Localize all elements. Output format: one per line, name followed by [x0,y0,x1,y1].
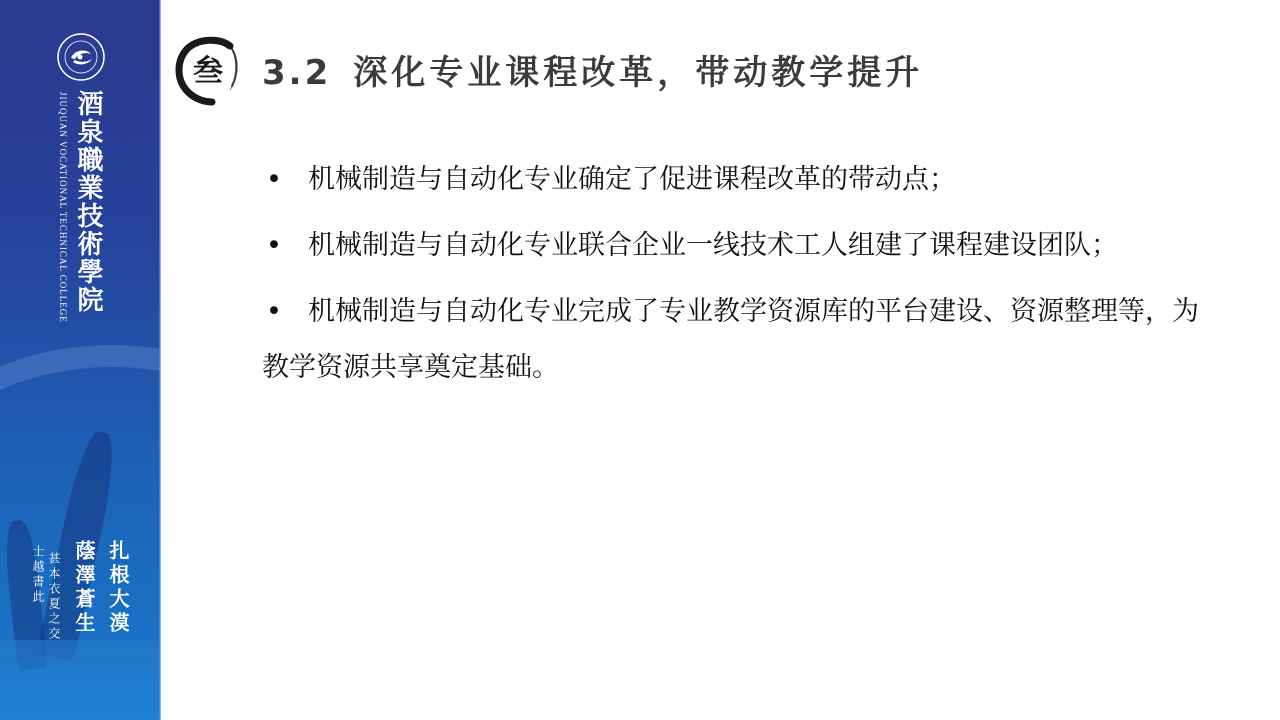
sidebar-divider [159,0,161,720]
list-item: •机械制造与自动化专业确定了促进课程改革的带动点； [262,152,1222,208]
list-item-text: 机械制造与自动化专业完成了专业教学资源库的平台建设、资源整理等，为教学资源共享奠… [262,296,1199,383]
bullet-icon: • [262,218,308,274]
college-logo-icon [56,32,106,82]
bullet-list: •机械制造与自动化专业确定了促进课程改革的带动点； •机械制造与自动化专业联合企… [262,152,1222,406]
calligraphy-line-2: 蔭澤蒼生 [70,540,99,636]
bullet-icon: • [262,152,308,208]
section-badge-icon: 叁 [172,34,244,106]
ground-reflection [0,640,160,720]
badge-char: 叁 [193,54,223,89]
list-item: •机械制造与自动化专业联合企业一线技术工人组建了课程建设团队； [262,218,1222,274]
list-item: •机械制造与自动化专业完成了专业教学资源库的平台建设、资源整理等，为教学资源共享… [262,284,1222,396]
list-item-text: 机械制造与自动化专业联合企业一线技术工人组建了课程建设团队； [308,230,1118,261]
college-name-cn: 酒泉職業技術學院 [74,90,104,314]
calligraphy-inscription-1: 甚本衣夏之交 [46,552,63,642]
page-title: 3.2深化专业课程改革，带动教学提升 [262,45,923,94]
sidebar-banner: 酒泉職業技術學院 JIUQUAN VOCATIONAL TECHNICAL CO… [0,0,160,720]
section-number: 3.2 [262,53,331,93]
calligraphy-line-1: 扎根大漠 [104,540,133,636]
college-name-en: JIUQUAN VOCATIONAL TECHNICAL COLLEGE [58,92,68,292]
bullet-icon: • [262,284,308,340]
list-item-text: 机械制造与自动化专业确定了促进课程改革的带动点； [308,164,956,195]
calligraphy-inscription-2: 士越書此 [30,545,47,605]
section-title: 深化专业课程改革，带动教学提升 [353,53,923,93]
